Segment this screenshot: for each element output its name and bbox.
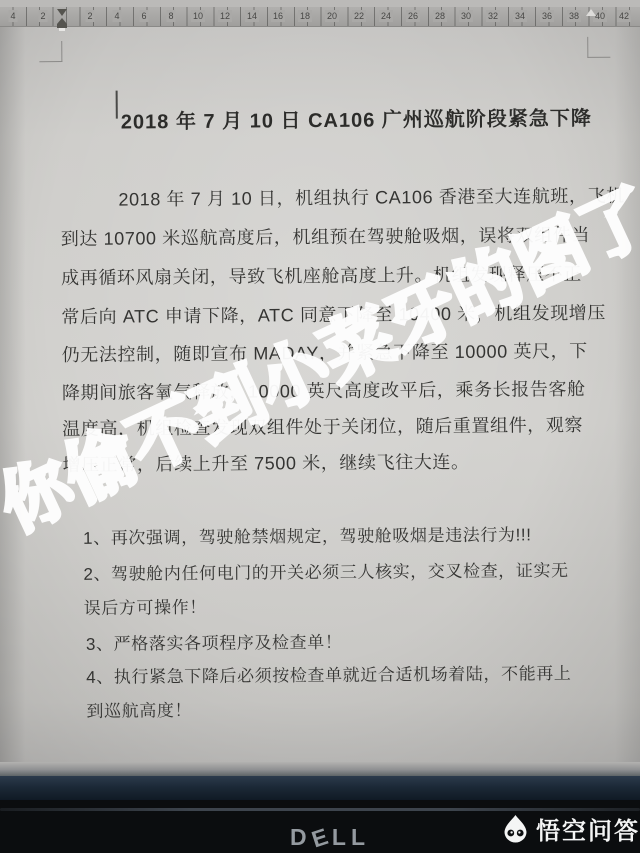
body-line: 温度高，机组检查发现双组件处于关闭位，随后重置组件，观察 bbox=[62, 411, 583, 441]
ruler-number: 18 bbox=[298, 10, 312, 22]
list-item-line: 3、严格落实各项程序及检查单！ bbox=[86, 628, 343, 655]
document-text-area[interactable]: 2018 年 7 月 10 日 CA106 广州巡航阶段紧急下降 2018 年 … bbox=[0, 24, 640, 764]
ruler-number: 8 bbox=[166, 10, 175, 22]
ruler-number: 34 bbox=[513, 10, 527, 22]
ruler-number: 38 bbox=[567, 10, 581, 22]
monitor-photo: 4 2 2 4 6 8 10 12 14 16 18 20 22 24 26 2… bbox=[0, 0, 640, 853]
list-item-line: 误后方可操作！ bbox=[84, 593, 207, 619]
text-boundary-mark-right bbox=[587, 37, 610, 58]
body-line: 2018 年 7 月 10 日，机组执行 CA106 香港至大连航班，飞机 bbox=[118, 182, 625, 212]
ruler-number: 32 bbox=[486, 10, 500, 22]
dell-logo: DELL bbox=[270, 824, 390, 851]
list-item-line: 1、再次强调，驾驶舱禁烟规定，驾驶舱吸烟是违法行为!!! bbox=[83, 520, 532, 549]
body-line: 降期间旅客氧气释放，10000 英尺高度改平后，乘务长报告客舱 bbox=[62, 375, 586, 405]
wukong-wenda-logo: 悟空问答 bbox=[502, 811, 640, 846]
body-line: 常后向 ATC 申请下降，ATC 同意下降至 10400 米，机组发现增压 bbox=[61, 299, 606, 329]
bezel-inner-band bbox=[0, 776, 640, 800]
list-item-line: 4、执行紧急下降后必须按检查单就近合适机场着陆，不能再上 bbox=[86, 659, 571, 688]
ruler-number: 30 bbox=[459, 10, 473, 22]
ruler-number: 6 bbox=[139, 10, 148, 22]
ruler-number: 2 bbox=[85, 10, 94, 22]
ruler-number: 22 bbox=[352, 10, 366, 22]
ruler-number: 26 bbox=[406, 10, 420, 22]
wukong-monkey-icon bbox=[502, 814, 529, 844]
ruler-number: 16 bbox=[271, 10, 285, 22]
ruler-number: 10 bbox=[191, 10, 205, 22]
ruler-number: 42 bbox=[617, 10, 631, 22]
body-line: 成再循环风扇关闭，导致飞机座舱高度上升。机组发现释压不正 bbox=[61, 260, 582, 290]
text-cursor bbox=[116, 91, 118, 119]
dell-letter: L bbox=[351, 824, 370, 851]
ruler-number: 14 bbox=[245, 10, 259, 22]
ruler-number: 24 bbox=[379, 10, 393, 22]
right-indent-marker-icon[interactable] bbox=[586, 9, 596, 16]
ruler-number: 36 bbox=[540, 10, 554, 22]
body-line: 到达 10700 米巡航高度后，机组预在驾驶舱吸烟，误将双组件当 bbox=[61, 221, 590, 251]
word-ruler: 4 2 2 4 6 8 10 12 14 16 18 20 22 24 26 2… bbox=[0, 7, 640, 27]
ruler-number: 2 bbox=[38, 10, 47, 22]
body-line: 仍无法控制，随即宣布 MADAY，并紧急下降至 10000 英尺，下 bbox=[62, 337, 588, 367]
body-line: 增压正常，后续上升至 7500 米，继续飞往大连。 bbox=[62, 448, 469, 477]
text-boundary-mark-left bbox=[39, 41, 62, 62]
ruler-number: 4 bbox=[8, 10, 17, 22]
list-item-line: 2、驾驶舱内任何电门的开关必须三人核实，交叉检查，证实无 bbox=[83, 556, 568, 585]
wukong-wenda-label: 悟空问答 bbox=[536, 811, 640, 846]
ruler-top-strip bbox=[0, 0, 640, 7]
list-item-line: 到巡航高度！ bbox=[86, 696, 192, 722]
ruler-number: 12 bbox=[218, 10, 232, 22]
document-title: 2018 年 7 月 10 日 CA106 广州巡航阶段紧急下降 bbox=[121, 102, 592, 135]
monitor-bezel: DELL 悟空问答 bbox=[0, 800, 640, 853]
ruler-number: 28 bbox=[433, 10, 447, 22]
screen-edge-shadow bbox=[0, 762, 640, 776]
ruler-number: 4 bbox=[112, 10, 121, 22]
ruler-number: 20 bbox=[325, 10, 339, 22]
